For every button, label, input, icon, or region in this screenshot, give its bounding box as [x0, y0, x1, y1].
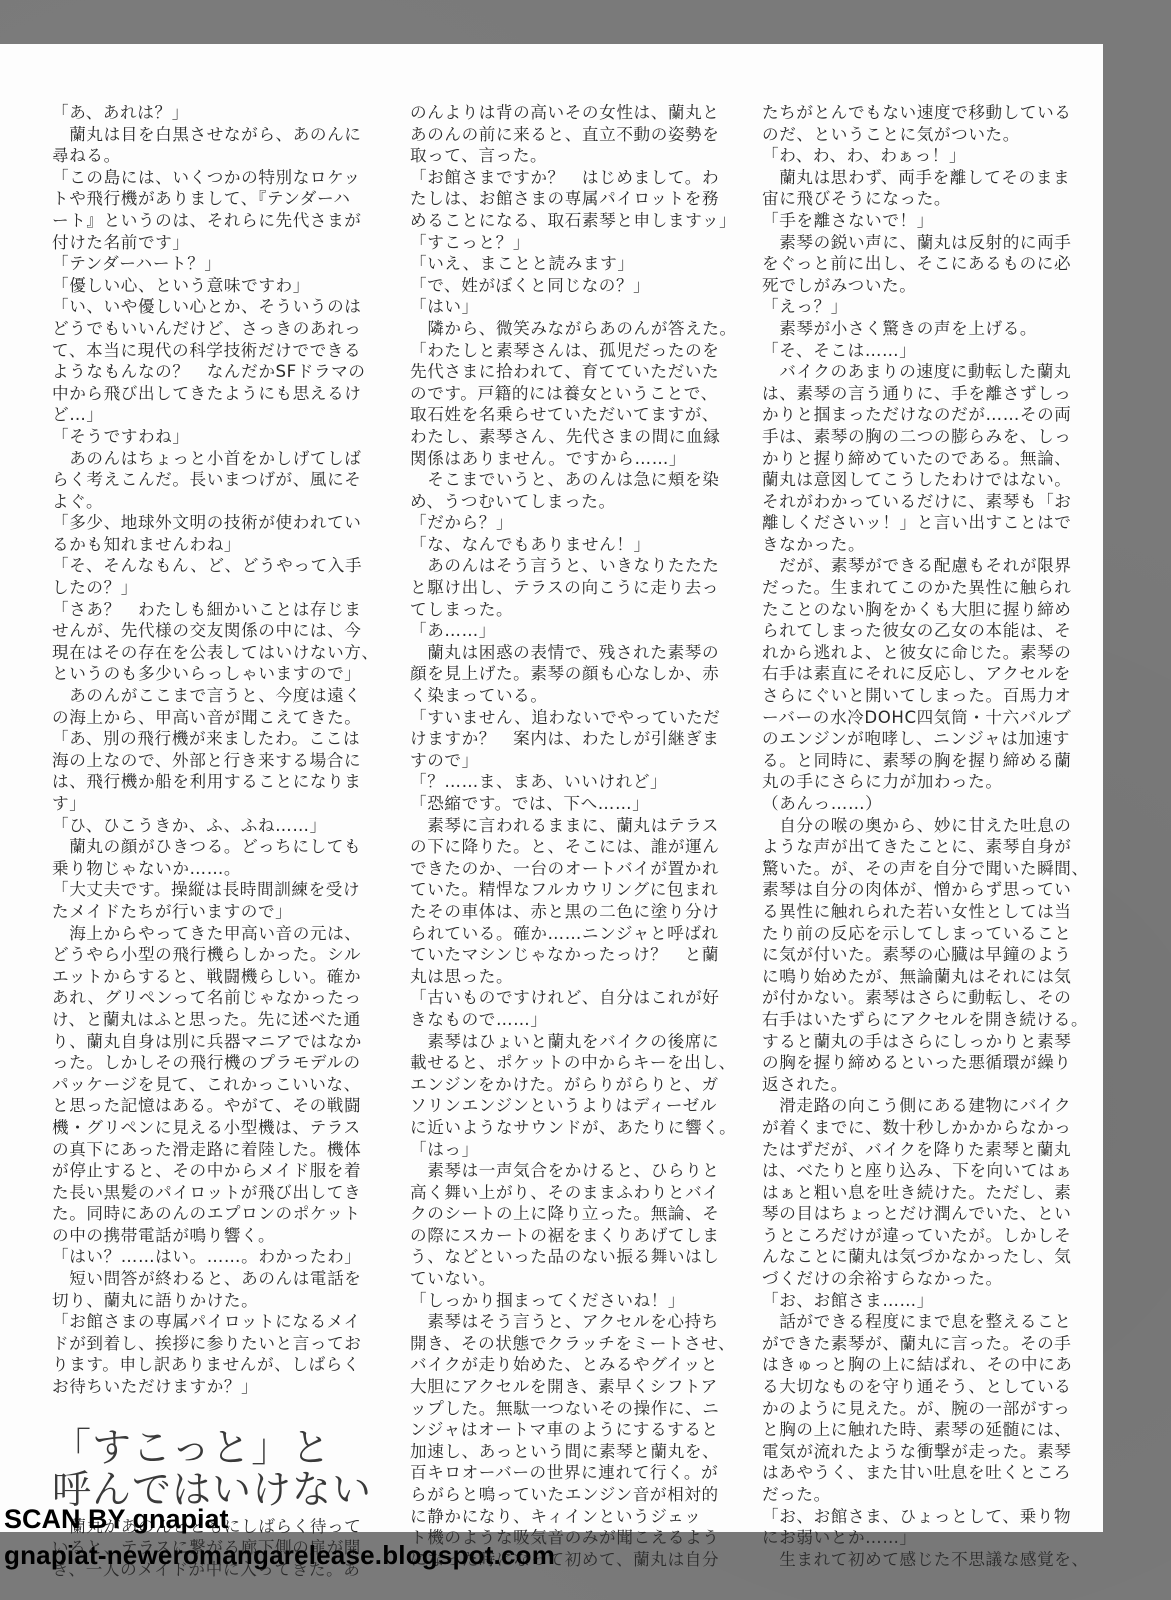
section-heading-line-1: 「すこっと」と	[52, 1428, 382, 1470]
text-line: 宙に飛びそうになった。	[762, 188, 1092, 210]
text-line: は、べたりと座り込み、下を向いてはぁ	[762, 1160, 1092, 1182]
text-line: に静かになり、キィインというジェッ	[410, 1506, 740, 1528]
text-line: 右手はいたずらにアクセルを開き続ける。	[762, 1009, 1092, 1031]
text-line: 蘭丸は目を白黒させながら、あのんに	[52, 124, 382, 146]
text-line: たはずだが、バイクを降りた素琴と蘭丸	[762, 1139, 1092, 1161]
text-line: 「そうですわね」	[52, 426, 382, 448]
text-line: はきゅっと胸の上に結ばれ、その中にあ	[762, 1354, 1092, 1376]
text-line: あのんがここまで言うと、今度は遠く	[52, 685, 382, 707]
text-line: 素琴は自分の肉体が、憎からず思ってい	[762, 879, 1092, 901]
text-line: 蘭丸の顔がひきつる。どっちにしても	[52, 836, 382, 858]
text-line: 蘭丸は意図してこうしたわけではない。	[762, 469, 1092, 491]
text-line: 手は、素琴の胸の二つの膨らみを、しっ	[762, 426, 1092, 448]
text-line: ソリンエンジンというよりはディーゼル	[410, 1095, 740, 1117]
text-line: らがらと鳴っていたエンジン音が相対的	[410, 1484, 740, 1506]
text-line: かのように見えた。が、腕の一部がすっ	[762, 1398, 1092, 1420]
text-line: ート』というのは、それらに先代さまが	[52, 210, 382, 232]
column-1-body-before-heading: 「あ、あれは？」 蘭丸は目を白黒させながら、あのんに尋ねる。「この島には、いくつ…	[52, 102, 382, 1398]
text-line: たメイドたちが行いますので」	[52, 901, 382, 923]
text-line: バイクのあまりの速度に動転した蘭丸	[762, 361, 1092, 383]
text-line: あのんはそう言うと、いきなりたたた	[410, 555, 740, 577]
text-line: 顔を見上げた。素琴の顔も心なしか、赤	[410, 663, 740, 685]
text-line: り、蘭丸自身は別に兵器マニアではなか	[52, 1031, 382, 1053]
text-line: 短い問答が終わると、あのんは電話を	[52, 1268, 382, 1290]
text-line: すので」	[410, 750, 740, 772]
text-line: めることになる、取石素琴と申しますッ」	[410, 210, 740, 232]
text-line: かりと握り締めていたのである。無論、	[762, 448, 1092, 470]
text-line: 自分の喉の奥から、妙に甘えた吐息の	[762, 815, 1092, 837]
text-line: わたし、素琴さん、先代さまの間に血縁	[410, 426, 740, 448]
text-line: だった。	[762, 1484, 1092, 1506]
text-line: のエンジンが咆哮し、ニンジャは加速す	[762, 728, 1092, 750]
text-column-1: 「あ、あれは？」 蘭丸は目を白黒させながら、あのんに尋ねる。「この島には、いくつ…	[52, 102, 382, 1580]
text-line: 「はっ」	[410, 1139, 740, 1161]
text-line: られている。確か……ニンジャと呼ばれ	[410, 923, 740, 945]
text-line: た長い黒髪のパイロットが飛び出してき	[52, 1182, 382, 1204]
text-line: あれ、グリペンって名前じゃなかったっ	[52, 987, 382, 1009]
text-line: たり前の反応を示してしまっていること	[762, 923, 1092, 945]
text-line: たその車体は、赤と黒の二色に塗り分け	[410, 901, 740, 923]
text-line: 加速し、あっという間に素琴と蘭丸を、	[410, 1441, 740, 1463]
text-line: 取石姓を名乗らせていただいてますが、	[410, 404, 740, 426]
text-line: 百キロオーバーの世界に連れて行く。が	[410, 1462, 740, 1484]
text-line: したの？」	[52, 577, 382, 599]
text-line: 驚いた。が、その声を自分で聞いた瞬間、	[762, 858, 1092, 880]
text-line: それがわかっているだけに、素琴も「お	[762, 491, 1092, 513]
text-line: 「あ……」	[410, 620, 740, 642]
text-line: て、本当に現代の科学技術だけでできる	[52, 340, 382, 362]
text-line: 現在はその存在を公表してはいけない方、	[52, 642, 382, 664]
text-line: 「すいません、追わないでやっていただ	[410, 707, 740, 729]
text-line: のだ、ということに気がついた。	[762, 124, 1092, 146]
text-line: 「で、姓がぼくと同じなの？」	[410, 275, 740, 297]
text-line: かりと掴まっただけなのだが……その両	[762, 404, 1092, 426]
text-line: 素琴はひょいと蘭丸をバイクの後席に	[410, 1031, 740, 1053]
text-line: エットからすると、戦闘機らしい。確か	[52, 966, 382, 988]
text-line: け、と蘭丸はふと思った。先に述べた通	[52, 1009, 382, 1031]
text-line: 機・グリペンに見える小型機は、テラス	[52, 1117, 382, 1139]
text-column-2: のんよりは背の高いその女性は、蘭丸とあのんの前に来ると、直立不動の姿勢を取って、…	[410, 102, 740, 1570]
text-line: られてしまった彼女の乙女の本能は、そ	[762, 620, 1092, 642]
text-line: のです。戸籍的には養女ということで、	[410, 383, 740, 405]
text-line: たちがとんでもない速度で移動している	[762, 102, 1092, 124]
text-line: ーバーの水冷DOHC四気筒・十六バルブ	[762, 707, 1092, 729]
text-line: そこまでいうと、あのんは急に頬を染	[410, 469, 740, 491]
text-line: 蘭丸は困惑の表情で、残された素琴の	[410, 642, 740, 664]
text-line: 「古いものですけれど、自分はこれが好	[410, 987, 740, 1009]
text-line: 「優しい心、という意味ですわ」	[52, 275, 382, 297]
text-line: はぁと粗い息を吐き続けた。ただし、素	[762, 1182, 1092, 1204]
text-line: 関係はありません。ですから……」	[410, 448, 740, 470]
text-line: ていたマシンじゃなかったっけ？ と蘭	[410, 944, 740, 966]
text-line: 素琴が小さく驚きの声を上げる。	[762, 318, 1092, 340]
text-line: るかも知れませんわね」	[52, 534, 382, 556]
text-column-3: たちがとんでもない速度で移動しているのだ、ということに気がついた。「わ、わ、わ、…	[762, 102, 1092, 1570]
text-line: 「はい？……はい。……。わかったわ」	[52, 1246, 382, 1268]
text-line: は、飛行機か船を利用することになりま	[52, 771, 382, 793]
text-line: 「テンダーハート？」	[52, 253, 382, 275]
text-line: てしまった。	[410, 599, 740, 621]
text-line: さらにぐいと開いてしまった。百馬力オ	[762, 685, 1092, 707]
text-line: らく考えこんだ。長いまつげが、風にそ	[52, 469, 382, 491]
text-line: 「多少、地球外文明の技術が使われてい	[52, 512, 382, 534]
text-line: 「はい」	[410, 296, 740, 318]
text-line: 開き、その状態でクラッチをミートさせ、	[410, 1333, 740, 1355]
text-line: ります。申し訳ありませんが、しばらく	[52, 1354, 382, 1376]
text-line: と思った記憶はある。やがて、その戦闘	[52, 1095, 382, 1117]
text-line: づくだけの余裕すらなかった。	[762, 1268, 1092, 1290]
text-line: というのも多少いらっしゃいますので」	[52, 663, 382, 685]
text-line: 「お、お館さま……」	[762, 1290, 1092, 1312]
text-line: と胸の上に触れた時、素琴の延髄には、	[762, 1419, 1092, 1441]
blog-url: gnapiat-neweromangarelease.blogspot.com	[4, 1540, 555, 1571]
text-line: 素琴に言われるままに、蘭丸はテラス	[410, 815, 740, 837]
text-line: 素琴はそう言うと、アクセルを心持ち	[410, 1311, 740, 1333]
text-line: 「あ、別の飛行機が来ましたわ。ここは	[52, 728, 382, 750]
text-line: 切り、蘭丸に語りかけた。	[52, 1290, 382, 1312]
text-line: お待ちいただけますか？」	[52, 1376, 382, 1398]
text-line: が停止すると、その中からメイド服を着	[52, 1160, 382, 1182]
text-line: 取って、言った。	[410, 145, 740, 167]
text-line: く染まっている。	[410, 685, 740, 707]
text-line: の胸を握り締めるといった悪循環が繰り	[762, 1052, 1092, 1074]
text-line: の海上から、甲高い音が聞こえてきた。	[52, 707, 382, 729]
text-line: パッケージを見て、これかっこいいな、	[52, 1074, 382, 1096]
text-line: 「この島には、いくつかの特別なロケッ	[52, 167, 382, 189]
text-line: 「そ、そんなもん、ど、どうやって入手	[52, 555, 382, 577]
text-line: 「手を離さないで！」	[762, 210, 1092, 232]
text-line: 右手は素直にそれに反応し、アクセルを	[762, 663, 1092, 685]
text-line: 大胆にアクセルを開き、素早くシフトア	[410, 1376, 740, 1398]
text-line: どうやら小型の飛行機らしかった。シル	[52, 944, 382, 966]
text-line: 「しっかり掴まってくださいね！」	[410, 1290, 740, 1312]
text-line: だが、素琴ができる配慮もそれが限界	[762, 555, 1092, 577]
text-line: すると蘭丸の手はさらにしっかりと素琴	[762, 1031, 1092, 1053]
text-line: 蘭丸は思わず、両手を離してそのまま	[762, 167, 1092, 189]
section-heading: 「すこっと」と 呼んではいけない	[52, 1428, 382, 1512]
text-line: 先代さまに拾われて、育てていただいた	[410, 361, 740, 383]
text-line: 「お、お館さま、ひょっとして、乗り物	[762, 1506, 1092, 1528]
text-line: は、素琴の言う通りに、手を離さずしっ	[762, 383, 1092, 405]
text-line: 生まれて初めて感じた不思議な感覚を、	[762, 1549, 1092, 1571]
text-line: 「大丈夫です。操縦は長時間訓練を受け	[52, 879, 382, 901]
text-line: たことのない胸をかくも大胆に握り締め	[762, 599, 1092, 621]
text-line: に近いようなサウンドが、あたりに響く。	[410, 1117, 740, 1139]
text-line: 電気が流れたような衝撃が走った。素琴	[762, 1441, 1092, 1463]
text-line: 「な、なんでもありません！」	[410, 534, 740, 556]
text-line: 付けた名前です」	[52, 232, 382, 254]
text-line: にお弱いとか……」	[762, 1527, 1092, 1549]
text-line: 丸の手にさらに力が加わった。	[762, 771, 1092, 793]
text-line: が着くまでに、数十秒しかかからなかっ	[762, 1117, 1092, 1139]
text-line: 「さあ？ わたしも細かいことは存じま	[52, 599, 382, 621]
text-line: の下に降りた。と、そこには、誰が運ん	[410, 836, 740, 858]
text-line: あのんの前に来ると、直立不動の姿勢を	[410, 124, 740, 146]
text-line: ップした。無駄一つないその操作に、ニ	[410, 1398, 740, 1420]
text-line: バイクが走り始めた、とみるやグイッと	[410, 1354, 740, 1376]
text-line: た。同時にあのんのエプロンのポケット	[52, 1203, 382, 1225]
text-line: はあやうく、また甘い吐息を吐くところ	[762, 1462, 1092, 1484]
text-line: クのシートの上に降り立った。無論、そ	[410, 1203, 740, 1225]
text-line: 「恐縮です。では、下へ……」	[410, 793, 740, 815]
text-line: 載せると、ポケットの中からキーを出し、	[410, 1052, 740, 1074]
text-line: 「いえ、まことと読みます」	[410, 253, 740, 275]
text-line: 「わたしと素琴さんは、孤児だったのを	[410, 340, 740, 362]
text-line: どうでもいいんだけど、さっきのあれっ	[52, 318, 382, 340]
text-line: せんが、先代様の交友関係の中には、今	[52, 620, 382, 642]
text-line: 「だから？」	[410, 512, 740, 534]
text-line: トや飛行機がありまして、『テンダーハ	[52, 188, 382, 210]
text-line: よぐ。	[52, 491, 382, 513]
text-line: ような声が出てきたことに、素琴自身が	[762, 836, 1092, 858]
text-line: ようなもんなの？ なんだかSFドラマの	[52, 361, 382, 383]
text-line: 隣から、微笑みながらあのんが答えた。	[410, 318, 740, 340]
text-line: 「お館さまですか？ はじめまして。わ	[410, 167, 740, 189]
text-line: 「そ、そこは……」	[762, 340, 1092, 362]
text-line: 海上からやってきた甲高い音の元は、	[52, 923, 382, 945]
text-line: んなことに蘭丸は気づかなかったし、気	[762, 1246, 1092, 1268]
text-line: 「？……ま、まあ、いいけれど」	[410, 771, 740, 793]
text-line: 「あ、あれは？」	[52, 102, 382, 124]
text-line: 素琴の鋭い声に、蘭丸は反射的に両手	[762, 232, 1092, 254]
text-line: の中の携帯電話が鳴り響く。	[52, 1225, 382, 1247]
text-line: のんよりは背の高いその女性は、蘭丸と	[410, 102, 740, 124]
text-line: 滑走路の向こう側にある建物にバイク	[762, 1095, 1092, 1117]
text-line: め、うつむいてしまった。	[410, 491, 740, 513]
text-line: だった。生まれてこのかた異性に触られ	[762, 577, 1092, 599]
text-line: 返された。	[762, 1074, 1092, 1096]
text-line: 高く舞い上がり、そのままふわりとバイ	[410, 1182, 740, 1204]
book-page: 「あ、あれは？」 蘭丸は目を白黒させながら、あのんに尋ねる。「この島には、いくつ…	[0, 44, 1103, 1532]
text-line: が付かない。素琴はさらに動転し、その	[762, 987, 1092, 1009]
text-line: 「い、いや優しい心とか、そういうのは	[52, 296, 382, 318]
text-line: できたのか、一台のオートバイが置かれ	[410, 858, 740, 880]
text-line: った。しかしその飛行機のプラモデルの	[52, 1052, 382, 1074]
text-line: る異性に触れられた若い女性としては当	[762, 901, 1092, 923]
text-line: る。と同時に、素琴の胸を握り締める蘭	[762, 750, 1092, 772]
text-line: ドが到着し、挨拶に参りたいと言ってお	[52, 1333, 382, 1355]
text-line: きなかった。	[762, 534, 1092, 556]
text-line: 「わ、わ、わ、わぁっ！」	[762, 145, 1092, 167]
text-line: ンジャはオートマ車のようにするすると	[410, 1419, 740, 1441]
text-line: けますか？ 案内は、わたしが引継ぎま	[410, 728, 740, 750]
text-line: をぐっと前に出し、そこにあるものに必	[762, 253, 1092, 275]
column-2-body: のんよりは背の高いその女性は、蘭丸とあのんの前に来ると、直立不動の姿勢を取って、…	[410, 102, 740, 1570]
column-3-body: たちがとんでもない速度で移動しているのだ、ということに気がついた。「わ、わ、わ、…	[762, 102, 1092, 1570]
text-line: 素琴は一声気合をかけると、ひらりと	[410, 1160, 740, 1182]
text-line: と駆け出し、テラスの向こうに走り去っ	[410, 577, 740, 599]
text-line: れから逃れよ、と彼女に命じた。素琴の	[762, 642, 1092, 664]
text-line: 海の上なので、外部と行き来する場合に	[52, 750, 382, 772]
text-line: 乗り物じゃないか……。	[52, 858, 382, 880]
text-line: たしは、お館さまの専属パイロットを務	[410, 188, 740, 210]
text-line: う、などといった品のない振る舞いはし	[410, 1246, 740, 1268]
text-line: きなもので……」	[410, 1009, 740, 1031]
text-line: 離しくださいッ！」と言い出すことはで	[762, 512, 1092, 534]
text-line: る大切なものを守り通そう、としている	[762, 1376, 1092, 1398]
text-line: 「えっ？」	[762, 296, 1092, 318]
text-line: ていない。	[410, 1268, 740, 1290]
scanner-credit: SCAN BY gnapiat	[4, 1504, 229, 1535]
text-line: 丸は思った。	[410, 966, 740, 988]
text-line: 死でしがみついた。	[762, 275, 1092, 297]
text-line: ができた素琴が、蘭丸に言った。その手	[762, 1333, 1092, 1355]
text-line: 中から飛び出してきたようにも思えるけ	[52, 383, 382, 405]
text-line: 尋ねる。	[52, 145, 382, 167]
text-line: エンジンをかけた。がらりがらりと、ガ	[410, 1074, 740, 1096]
text-line: す」	[52, 793, 382, 815]
text-line: あのんはちょっと小首をかしげてしば	[52, 448, 382, 470]
text-line: ていた。精悍なフルカウリングに包まれ	[410, 879, 740, 901]
text-line: の真下にあった滑走路に着陸した。機体	[52, 1139, 382, 1161]
text-line: 「お館さまの専属パイロットになるメイ	[52, 1311, 382, 1333]
text-line: の際にスカートの裾をまくりあげてしま	[410, 1225, 740, 1247]
text-line: 話ができる程度にまで息を整えること	[762, 1311, 1092, 1333]
text-line: うところだけが違っていたが。しかしそ	[762, 1225, 1092, 1247]
text-line: （あんっ……）	[762, 793, 1092, 815]
text-line: ど…」	[52, 404, 382, 426]
text-line: 琴の目はちょっとだけ潤んでいた、とい	[762, 1203, 1092, 1225]
text-line: に鳴り始めたが、無論蘭丸はそれには気	[762, 966, 1092, 988]
text-line: 「ひ、ひこうきか、ふ、ふね……」	[52, 815, 382, 837]
text-line: 「すこっと？」	[410, 232, 740, 254]
text-line: に気が付いた。素琴の心臓は早鐘のよう	[762, 944, 1092, 966]
